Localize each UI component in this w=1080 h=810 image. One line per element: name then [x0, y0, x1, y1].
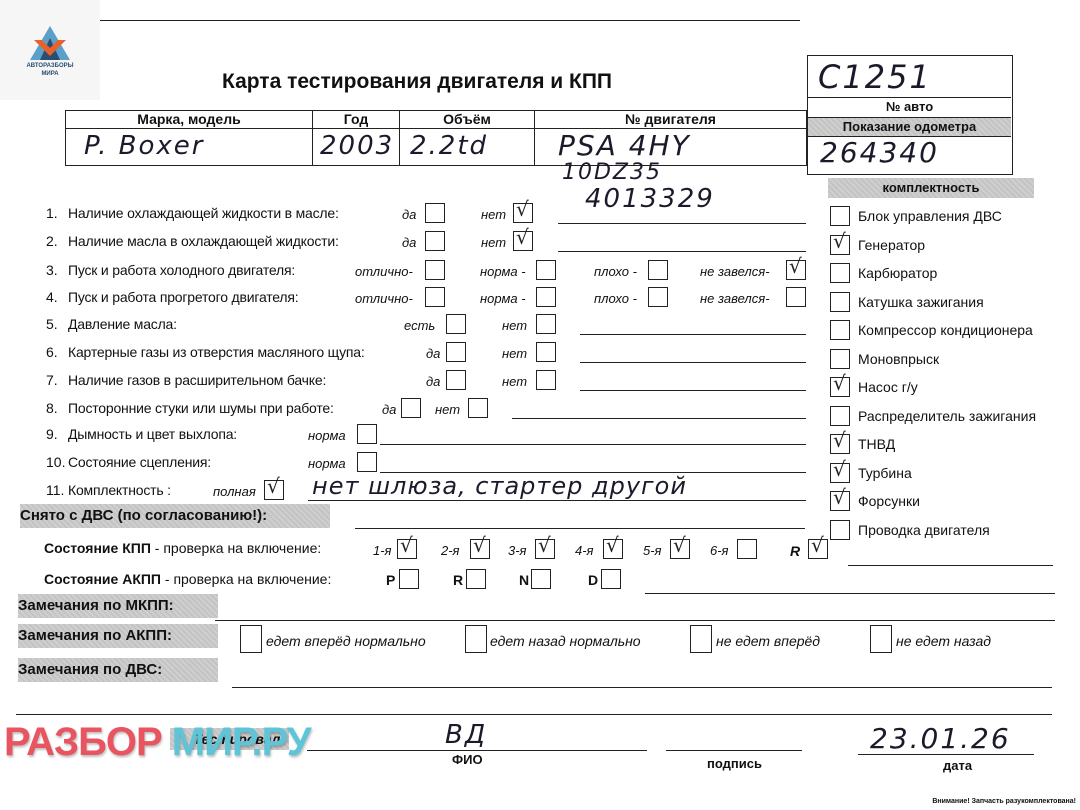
- auto-remark-label: едет вперёд нормально: [266, 633, 426, 649]
- check-label: Наличие масла в охлаждающей жидкости:: [68, 233, 339, 249]
- top-rule: [100, 20, 800, 21]
- completeness-checkbox[interactable]: √: [830, 491, 850, 511]
- gear-label: 5-я: [643, 543, 662, 558]
- checkmark-icon: √: [400, 535, 413, 555]
- answer-line: [580, 390, 806, 391]
- gear-checkbox[interactable]: √: [397, 539, 417, 559]
- check-label: Комплектность :: [68, 482, 171, 498]
- checkmark-icon: √: [833, 231, 846, 251]
- checkmark-icon: √: [538, 535, 551, 555]
- option-label: плохо -: [594, 291, 637, 306]
- check-box[interactable]: [357, 424, 377, 444]
- check-box[interactable]: [425, 203, 445, 223]
- option-label: да: [426, 346, 440, 361]
- auto-remark-checkbox[interactable]: [465, 625, 487, 653]
- gear-label: 4-я: [575, 543, 594, 558]
- option-label: да: [382, 402, 396, 417]
- removed-label: Снято с ДВС (по согласованию!):: [20, 504, 330, 528]
- check-label: Пуск и работа холодного двигателя:: [68, 262, 295, 278]
- check-box[interactable]: [648, 287, 668, 307]
- checkmark-icon: √: [473, 535, 486, 555]
- check-box[interactable]: [536, 314, 556, 334]
- fio-value: ВД: [445, 720, 487, 750]
- manual-gearbox-label: Состояние КПП - проверка на включение:: [44, 540, 321, 556]
- check-number: 10.: [46, 454, 65, 470]
- check-box[interactable]: √: [786, 260, 806, 280]
- check-box[interactable]: √: [513, 203, 533, 223]
- check-label: Наличие газов в расширительном бачке:: [68, 372, 326, 388]
- option-label: да: [426, 374, 440, 389]
- check-box[interactable]: [446, 314, 466, 334]
- auto-position-label: R: [453, 572, 463, 588]
- check-box[interactable]: [536, 342, 556, 362]
- option-label: не завелся-: [700, 264, 770, 279]
- answer-line: [580, 334, 806, 335]
- checkmark-icon: √: [606, 535, 619, 555]
- gear-checkbox[interactable]: √: [603, 539, 623, 559]
- gear-checkbox[interactable]: √: [535, 539, 555, 559]
- gear-checkbox[interactable]: [737, 539, 757, 559]
- auto-remark-checkbox[interactable]: [870, 625, 892, 653]
- check-number: 2.: [46, 233, 58, 249]
- option-label: нет: [502, 318, 527, 333]
- option-label: норма -: [480, 291, 526, 306]
- auto-position-label: N: [519, 572, 529, 588]
- check-box[interactable]: [401, 398, 421, 418]
- check-label: Дымность и цвет выхлопа:: [68, 426, 237, 442]
- gear-label: 3-я: [508, 543, 527, 558]
- check-box[interactable]: [425, 287, 445, 307]
- completeness-checkbox[interactable]: [830, 206, 850, 226]
- check-number: 3.: [46, 262, 58, 278]
- check-box[interactable]: [425, 260, 445, 280]
- completeness-item-label: ТНВД: [858, 436, 895, 452]
- checkmark-icon: √: [833, 373, 846, 393]
- logo: АВТОРАЗБОРЫ МИРА: [0, 0, 100, 100]
- check-box[interactable]: [357, 452, 377, 472]
- completeness-item-label: Моновпрыск: [858, 351, 939, 367]
- gear-label: 1-я: [373, 543, 392, 558]
- check-number: 9.: [46, 426, 58, 442]
- checkmark-icon: √: [516, 227, 529, 247]
- completeness-item-label: Насос г/у: [858, 379, 918, 395]
- auto-remark-checkbox[interactable]: [240, 625, 262, 653]
- completeness-item-label: Блок управления ДВС: [858, 208, 1002, 224]
- completeness-checkbox[interactable]: √: [830, 434, 850, 454]
- check-label: Наличие охлаждающей жидкости в масле:: [68, 205, 339, 221]
- car-no-value: C1251: [818, 58, 932, 96]
- completeness-item-label: Генератор: [858, 237, 925, 253]
- option-label: полная: [213, 484, 256, 499]
- check-box[interactable]: [786, 287, 806, 307]
- option-label: норма -: [480, 264, 526, 279]
- option-label: нет: [481, 235, 506, 250]
- auto-position-label: P: [386, 572, 395, 588]
- completeness-item-label: Проводка двигателя: [858, 522, 990, 538]
- completeness-checkbox[interactable]: [830, 520, 850, 540]
- car-no-label: № авто: [808, 99, 1011, 114]
- completeness-checkbox[interactable]: √: [830, 235, 850, 255]
- odometer-value: 264340: [820, 136, 939, 169]
- auto-remark-label: не едет назад: [896, 633, 991, 649]
- col-engine-no: № двигателя: [625, 111, 716, 127]
- check-number: 7.: [46, 372, 58, 388]
- check-box[interactable]: √: [264, 480, 284, 500]
- completeness-checkbox[interactable]: [830, 292, 850, 312]
- check-number: 1.: [46, 205, 58, 221]
- check-box[interactable]: [425, 231, 445, 251]
- auto-gearbox-label: Состояние АКПП - проверка на включение:: [44, 571, 331, 587]
- completeness-checkbox[interactable]: [830, 349, 850, 369]
- check-number: 8.: [46, 400, 58, 416]
- check-box[interactable]: [536, 260, 556, 280]
- answer-line: [558, 251, 806, 252]
- option-label: норма: [308, 456, 346, 471]
- checkmark-icon: √: [833, 487, 846, 507]
- check-box[interactable]: [468, 398, 488, 418]
- checkmark-icon: √: [673, 535, 686, 555]
- check-label: Картерные газы из отверстия масляного щу…: [68, 344, 365, 360]
- answer-line: [512, 418, 806, 419]
- check-box[interactable]: [446, 342, 466, 362]
- check-number: 6.: [46, 344, 58, 360]
- check-box[interactable]: √: [513, 231, 533, 251]
- vehicle-table: Марка, модель Год Объём № двигателя P. B…: [65, 110, 807, 166]
- option-label: нет: [502, 346, 527, 361]
- completeness-checkbox[interactable]: [830, 406, 850, 426]
- auto-position-checkbox[interactable]: [399, 569, 419, 589]
- remarks-auto-label: Замечания по АКПП:: [18, 624, 218, 648]
- check-label: Пуск и работа прогретого двигателя:: [68, 289, 298, 305]
- gear-label: 2-я: [441, 543, 460, 558]
- check-box[interactable]: [536, 287, 556, 307]
- checkmark-icon: √: [811, 535, 824, 555]
- watermark-part1: РАЗБОР: [4, 720, 162, 764]
- completeness-item-label: Турбина: [858, 465, 912, 481]
- engine-no-value: PSA 4HY: [558, 129, 691, 162]
- check-number: 5.: [46, 316, 58, 332]
- option-label: да: [402, 235, 416, 250]
- auto-remark-label: не едет вперёд: [716, 633, 820, 649]
- completeness-checkbox[interactable]: √: [830, 377, 850, 397]
- gear-label: R: [790, 543, 800, 559]
- checkmark-icon: √: [833, 430, 846, 450]
- odometer-label: Показание одометра: [808, 117, 1011, 137]
- engine-no-extra-1: 10DZ35: [562, 160, 662, 185]
- check-label: Давление масла:: [68, 316, 177, 332]
- option-label: отлично-: [355, 291, 413, 306]
- gear-checkbox[interactable]: √: [670, 539, 690, 559]
- gear-label: 6-я: [710, 543, 729, 558]
- remarks-manual-label: Замечания по МКПП:: [18, 594, 218, 618]
- check-label: Состояние сцепления:: [68, 454, 211, 470]
- answer-line: [558, 223, 806, 224]
- col-year: Год: [344, 111, 369, 127]
- completeness-title: комплектность: [828, 178, 1034, 198]
- gear-checkbox[interactable]: √: [470, 539, 490, 559]
- signature-label: подпись: [707, 756, 762, 771]
- date-label: дата: [943, 758, 972, 773]
- check-number: 4.: [46, 289, 58, 305]
- checkmark-icon: √: [267, 476, 280, 496]
- checkmark-icon: √: [516, 199, 529, 219]
- fio-label: ФИО: [452, 752, 483, 767]
- remarks-engine-label: Замечания по ДВС:: [18, 658, 218, 682]
- option-label: не завелся-: [700, 291, 770, 306]
- model-value: P. Boxer: [84, 131, 204, 161]
- answer-line: [580, 362, 806, 363]
- completeness-item-label: Карбюратор: [858, 265, 937, 281]
- completeness-item-label: Форсунки: [858, 493, 920, 509]
- completeness-item-label: Катушка зажигания: [858, 294, 984, 310]
- option-label: да: [402, 207, 416, 222]
- volume-value: 2.2td: [410, 131, 488, 161]
- engine-no-extra-2: 4013329: [585, 184, 715, 214]
- auto-position-checkbox[interactable]: [531, 569, 551, 589]
- option-label: нет: [481, 207, 506, 222]
- completeness-checkbox[interactable]: [830, 263, 850, 283]
- completeness-checkbox[interactable]: √: [830, 463, 850, 483]
- watermark: РАЗБОР МИР.РУ: [4, 720, 311, 765]
- option-label: нет: [502, 374, 527, 389]
- warning-text: Внимание! Запчасть разукомплектована!: [932, 798, 1076, 805]
- option-label: отлично-: [355, 264, 413, 279]
- logo-text-line1: АВТОРАЗБОРЫ: [0, 62, 100, 70]
- option-label: есть: [404, 318, 435, 333]
- auto-position-checkbox[interactable]: [601, 569, 621, 589]
- option-label: норма: [308, 428, 346, 443]
- logo-icon: [28, 24, 72, 62]
- completeness-checkbox[interactable]: [830, 320, 850, 340]
- page-title: Карта тестирования двигателя и КПП: [222, 70, 612, 94]
- completeness-item-label: Распределитель зажигания: [858, 408, 1036, 424]
- car-info-box: C1251 № авто Показание одометра 264340: [807, 55, 1013, 175]
- gear-checkbox[interactable]: √: [808, 539, 828, 559]
- auto-remark-checkbox[interactable]: [690, 625, 712, 653]
- col-volume: Объём: [443, 111, 491, 127]
- option-label: плохо -: [594, 264, 637, 279]
- check-box[interactable]: [446, 370, 466, 390]
- completeness-item-label: Компрессор кондиционера: [858, 322, 1033, 338]
- check-box[interactable]: [648, 260, 668, 280]
- checkmark-icon: √: [833, 459, 846, 479]
- check-label: Посторонние стуки или шумы при работе:: [68, 400, 334, 416]
- auto-position-checkbox[interactable]: [466, 569, 486, 589]
- check-box[interactable]: [536, 370, 556, 390]
- watermark-part2: МИР.РУ: [172, 720, 311, 764]
- auto-position-label: D: [588, 572, 598, 588]
- answer-line: [380, 444, 806, 445]
- checkmark-icon: √: [789, 256, 802, 276]
- date-value: 23.01.26: [870, 722, 1011, 755]
- answer-line: [308, 500, 806, 501]
- completeness-note: нет шлюза, стартер другой: [312, 472, 687, 500]
- col-model: Марка, модель: [137, 111, 240, 127]
- option-label: нет: [435, 402, 460, 417]
- year-value: 2003: [320, 131, 394, 161]
- logo-text-line2: МИРА: [0, 70, 100, 78]
- check-number: 11.: [46, 482, 64, 498]
- auto-remark-label: едет назад нормально: [490, 633, 641, 649]
